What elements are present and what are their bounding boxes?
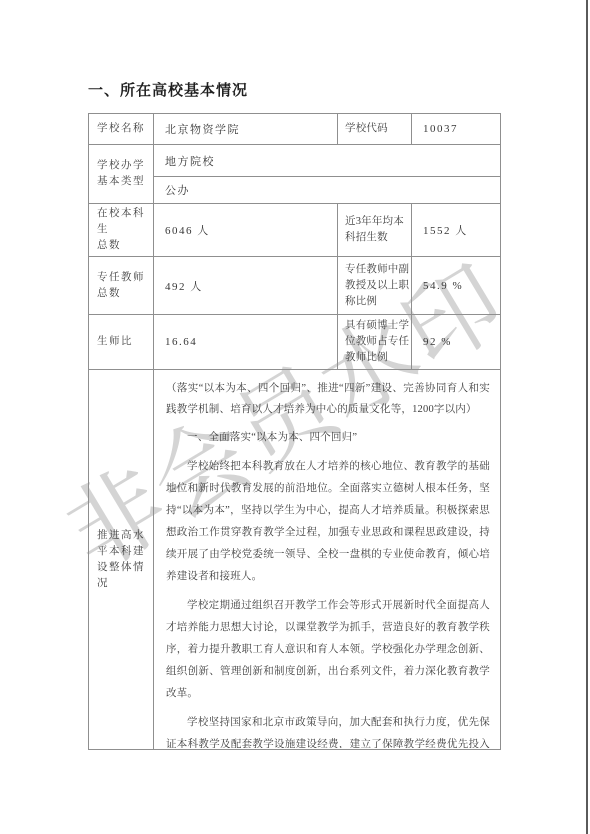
student-teacher-ratio-value: 16.64 <box>154 315 338 370</box>
school-type-value-bottom: 公办 <box>154 177 501 204</box>
section-title: 一、所在高校基本情况 <box>88 79 248 100</box>
table-row: 专任教师 总数 492 人 专任教师中副 教授及以上职 称比例 54.9 % <box>89 257 501 315</box>
undergrad-total-value: 6046 人 <box>154 204 338 257</box>
avg-enrollment-value: 1552 人 <box>412 204 501 257</box>
page-right-edge-line <box>586 0 588 834</box>
construction-paragraph-3: 学校坚持国家和北京市政策导向，加大配套和执行力度，优先保证本科教学及配套教学设施… <box>166 712 490 748</box>
school-type-label: 学校办学 基本类型 <box>89 145 154 204</box>
table-row: 学校名称 北京物资学院 学校代码 10037 <box>89 114 501 145</box>
avg-enrollment-label: 近3年年均本 科招生数 <box>338 204 412 257</box>
construction-paragraph-1: 学校始终把本科教育放在人才培养的核心地位、教育教学的基础地位和新时代教育发展的前… <box>166 456 490 588</box>
document-page: 非会员水印 一、所在高校基本情况 学校名称 北京物资学院 学校代码 10037 … <box>0 0 590 834</box>
assoc-prof-ratio-value: 54.9 % <box>412 257 501 315</box>
school-code-label: 学校代码 <box>338 114 412 145</box>
construction-label: 推进高水 平本科建 设整体情 况 <box>89 370 154 750</box>
degree-ratio-value: 92 % <box>412 315 501 370</box>
construction-note: （落实“以本为本、四个回归”、推进“四新”建设、完善协同育人和实践教学机制、培育… <box>166 378 490 420</box>
assoc-prof-ratio-label: 专任教师中副 教授及以上职 称比例 <box>338 257 412 315</box>
construction-paragraph-2: 学校定期通过组织召开教学工作会等形式开展新时代全面提高人才培养能力思想大讨论，以… <box>166 595 490 705</box>
construction-heading: 一、全面落实“以本为本、四个回归” <box>166 427 490 449</box>
undergrad-total-label: 在校本科生 总数 <box>89 204 154 257</box>
construction-cell: （落实“以本为本、四个回归”、推进“四新”建设、完善协同育人和实践教学机制、培育… <box>154 370 501 750</box>
table-row: 在校本科生 总数 6046 人 近3年年均本 科招生数 1552 人 <box>89 204 501 257</box>
faculty-total-value: 492 人 <box>154 257 338 315</box>
table-row: 推进高水 平本科建 设整体情 况 （落实“以本为本、四个回归”、推进“四新”建设… <box>89 370 501 750</box>
table-row: 学校办学 基本类型 地方院校 <box>89 145 501 177</box>
table-row: 生师比 16.64 具有硕博士学 位教师占专任 教师比例 92 % <box>89 315 501 370</box>
degree-ratio-label: 具有硕博士学 位教师占专任 教师比例 <box>338 315 412 370</box>
construction-text: （落实“以本为本、四个回归”、推进“四新”建设、完善协同育人和实践教学机制、培育… <box>166 378 490 748</box>
student-teacher-ratio-label: 生师比 <box>89 315 154 370</box>
school-info-table: 学校名称 北京物资学院 学校代码 10037 学校办学 基本类型 地方院校 公办… <box>88 113 501 750</box>
school-name-value: 北京物资学院 <box>154 114 338 145</box>
school-type-value-top: 地方院校 <box>154 145 501 177</box>
school-code-value: 10037 <box>412 114 501 145</box>
document-content: 一、所在高校基本情况 学校名称 北京物资学院 学校代码 10037 学校办学 基… <box>0 0 590 834</box>
faculty-total-label: 专任教师 总数 <box>89 257 154 315</box>
school-name-label: 学校名称 <box>89 114 154 145</box>
